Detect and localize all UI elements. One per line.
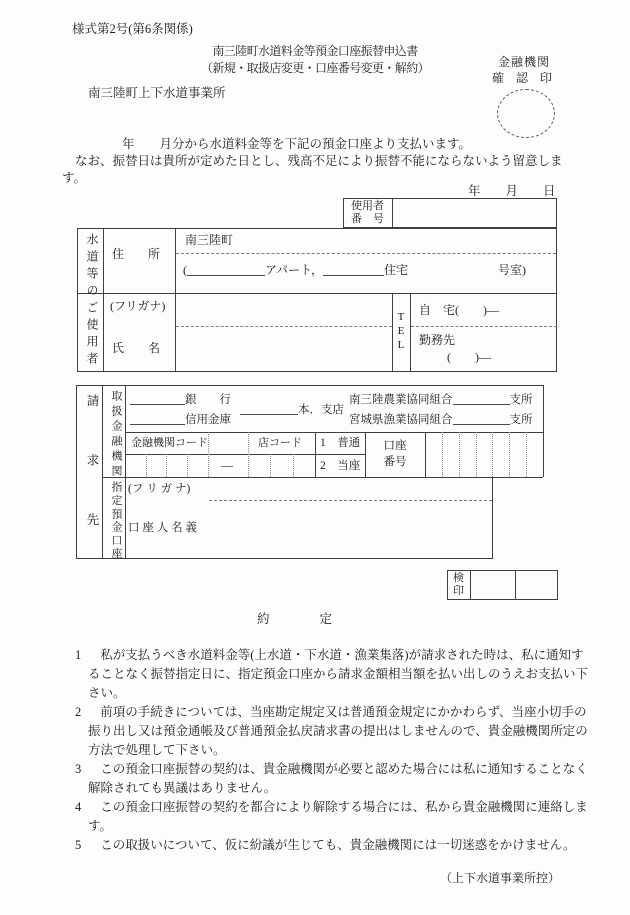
blank-underline xyxy=(187,262,265,276)
bank-row: 銀 行 xyxy=(130,391,231,407)
agreement-line: 5この取扱いについて、仮に紛議が生じても、貴金融機関には一切迷惑をかけません。 xyxy=(75,835,565,854)
agreement-heading: 約 定 xyxy=(257,612,332,628)
shinkin-row: 信用金庫 xyxy=(130,411,231,427)
agri-coop-row: 南三陸農業協同組合支所 xyxy=(349,391,533,407)
form-subtitle: （新規・取扱店変更・口座番号変更・解約） xyxy=(201,61,429,76)
intro-line-2: なお、振替日は貴所が定めた日とし、残高不足により振替不能にならないよう留意しま xyxy=(75,154,563,170)
agreement-line: ることなく振替指定日に、指定預金口座から請求金額相当額を払い出しのうえお支払い下 xyxy=(75,664,565,683)
dotted-line xyxy=(476,432,477,477)
grid-line xyxy=(76,385,543,386)
name-label: 氏 名 xyxy=(112,341,160,356)
account-number-label: 口座 番号 xyxy=(365,438,425,470)
grid-line xyxy=(76,558,493,559)
grid-line xyxy=(175,228,176,372)
blank-underline xyxy=(323,262,384,276)
grid-line xyxy=(76,385,77,558)
intro-line-3: す。 xyxy=(62,171,86,187)
grid-line xyxy=(492,477,493,558)
account-type-current: 2 当座 xyxy=(320,459,360,473)
item-number: 3 xyxy=(75,762,81,776)
dotted-line xyxy=(146,454,147,477)
dotted-line xyxy=(270,454,271,477)
tel-home: 自 宅( )― xyxy=(419,303,499,318)
intro-line-1: 年 月分から水道料金等を下記の預金口座より支払います。 xyxy=(122,137,471,153)
dotted-line xyxy=(492,432,493,477)
tel-label: TEL xyxy=(395,311,407,353)
blank-underline xyxy=(130,411,185,425)
dotted-line xyxy=(526,432,527,477)
grid-line xyxy=(410,293,411,372)
blank-underline xyxy=(240,401,298,415)
item-text: 私が支払うべき水道料金等(上水道・下水道・漁業集落)が請求された時は、私に通知す xyxy=(100,648,583,662)
item-text: この預金口座振替の契約を都合により解除する場合には、私から貴金融機関に連絡しま xyxy=(100,800,588,814)
blank-underline xyxy=(453,411,510,425)
grid-line xyxy=(125,432,543,433)
item-text: この取扱いについて、仮に紛議が生じても、貴金融機関には一切迷惑をかけません。 xyxy=(100,838,575,852)
bank-code-label: 金融機関コード xyxy=(131,437,208,451)
designated-account-side-label: 指定預金口座 xyxy=(108,481,124,561)
grid-line xyxy=(543,385,544,477)
billing-side-label: 請求先 xyxy=(83,394,101,573)
tel-work-number: ( )― xyxy=(447,350,491,365)
grid-line xyxy=(102,385,103,558)
bank-label: 銀 行 xyxy=(185,394,231,406)
agreement-item-3: 3この預金口座振替の契約は、貴金融機関が必要と認めた場合には私に通知することなく… xyxy=(75,759,565,797)
agreement-line: 3この預金口座振替の契約は、貴金融機関が必要と認めた場合には私に通知することなく xyxy=(75,759,565,778)
furigana-label: (フリガナ) xyxy=(110,299,165,314)
account-holder-label: 口 座 人 名 義 xyxy=(128,521,197,535)
agreement-line: さい。 xyxy=(75,683,565,702)
user-number-label: 使用者 番 号 xyxy=(343,200,392,226)
copy-note: （上下水道事業所控） xyxy=(440,871,560,886)
branch-label: 本．支店 xyxy=(298,404,344,416)
address-detail-line: (アパート，住宅号室) xyxy=(183,261,526,278)
item-text: この預金口座振替の契約は、貴金融機関が必要と認めた場合には私に通知することなく xyxy=(100,762,588,776)
form-number: 様式第2号(第6条関係) xyxy=(72,22,193,38)
agreement-item-2: 2前項の手続きについては、当座勘定規定又は普通預金規定にかかわらず、当座小切手の… xyxy=(75,702,565,759)
dotted-line xyxy=(187,454,188,477)
office-name: 南三陸町上下水道事業所 xyxy=(88,86,226,102)
branch-code-label: 店コード xyxy=(258,437,302,451)
inspection-stamp-label: 検 印 xyxy=(447,572,470,598)
agreement-line: 解除されても異議はありません。 xyxy=(75,778,565,797)
item-number: 2 xyxy=(75,705,81,719)
application-form-page: 様式第2号(第6条関係) 南三陸町水道料金等預金口座振替申込書 （新規・取扱店変… xyxy=(0,0,630,915)
item-number: 1 xyxy=(75,648,81,662)
grid-line xyxy=(515,570,516,600)
agreement-line: 1私が支払うべき水道料金等(上水道・下水道・漁業集落)が請求された時は、私に通知… xyxy=(75,645,565,664)
bank-stamp-label-2: 確 認 印 xyxy=(492,71,552,86)
code-dash: ― xyxy=(221,458,233,473)
grid-line xyxy=(102,477,543,478)
room-label: 号室) xyxy=(498,263,526,277)
tel-work-label: 勤務先 xyxy=(419,333,455,348)
item-number: 5 xyxy=(75,838,81,852)
agreement-item-1: 1私が支払うべき水道料金等(上水道・下水道・漁業集落)が請求された時は、私に通知… xyxy=(75,645,565,702)
agreement-line: 4この預金口座振替の契約を都合により解除する場合には、私から貴金融機関に連絡しま xyxy=(75,797,565,816)
dotted-line xyxy=(293,454,294,477)
grid-line xyxy=(392,293,393,372)
shinkin-label: 信用金庫 xyxy=(185,414,231,426)
agreement-line: 2前項の手続きについては、当座勘定規定又は普通預金規定にかかわらず、当座小切手の xyxy=(75,702,565,721)
address-town: 南三陸町 xyxy=(185,233,233,248)
dotted-line xyxy=(208,432,209,477)
address-label: 住 所 xyxy=(112,247,160,262)
agreement-line: 振り出し又は預金通帳及び普通預金払戻請求書の提出はしませんので、貴金融機関所定の xyxy=(75,721,565,740)
dotted-line xyxy=(166,454,167,477)
blank-underline xyxy=(453,391,510,405)
branch-row: 本．支店 xyxy=(240,401,344,417)
agreement-line: 方法で処理して下さい。 xyxy=(75,740,565,759)
spacer xyxy=(408,261,498,274)
agri-coop-label: 南三陸農業協同組合 xyxy=(349,394,453,406)
grid-line xyxy=(425,432,426,477)
agreement-line: す。 xyxy=(75,816,565,835)
blank-underline xyxy=(130,391,185,405)
designated-furigana-label: (フ リ ガ ナ) xyxy=(128,482,190,496)
house-label: 住宅 xyxy=(384,263,408,277)
bank-stamp-label-1: 金融機関 xyxy=(498,55,550,70)
dashed-line xyxy=(176,253,556,254)
grid-line xyxy=(470,570,471,600)
form-title: 南三陸町水道料金等預金口座振替申込書 xyxy=(212,44,417,59)
dashed-line xyxy=(209,500,492,501)
grid-line xyxy=(103,228,104,372)
agri-branch-suffix: 支所 xyxy=(510,394,533,406)
grid-line xyxy=(125,385,126,558)
dotted-line xyxy=(459,432,460,477)
agreement-item-5: 5この取扱いについて、仮に紛議が生じても、貴金融機関には一切迷惑をかけません。 xyxy=(75,835,565,854)
item-text: 前項の手続きについては、当座勘定規定又は普通預金規定にかかわらず、当座小切手の xyxy=(100,705,586,719)
agreement-item-4: 4この預金口座振替の契約を都合により解除する場合には、私から貴金融機関に連絡しま… xyxy=(75,797,565,835)
grid-line xyxy=(77,293,557,294)
fish-coop-row: 宮城県漁業協同組合支所 xyxy=(349,411,533,427)
account-type-ordinary: 1 普通 xyxy=(320,436,360,450)
grid-line xyxy=(125,454,365,455)
dotted-line xyxy=(509,432,510,477)
grid-line xyxy=(392,198,393,228)
apartment-label: アパート， xyxy=(265,263,323,277)
stamp-circle xyxy=(497,89,555,138)
fish-branch-suffix: 支所 xyxy=(510,414,533,426)
dashed-line xyxy=(411,326,557,327)
dotted-line xyxy=(248,432,249,477)
dashed-line xyxy=(176,326,392,327)
user-table-side-label: 水道等のご使用者 xyxy=(84,233,101,369)
item-number: 4 xyxy=(75,800,81,814)
handling-bank-label: 取扱金融機関 xyxy=(108,390,124,480)
dotted-line xyxy=(442,432,443,477)
fish-coop-label: 宮城県漁業協同組合 xyxy=(349,414,453,426)
